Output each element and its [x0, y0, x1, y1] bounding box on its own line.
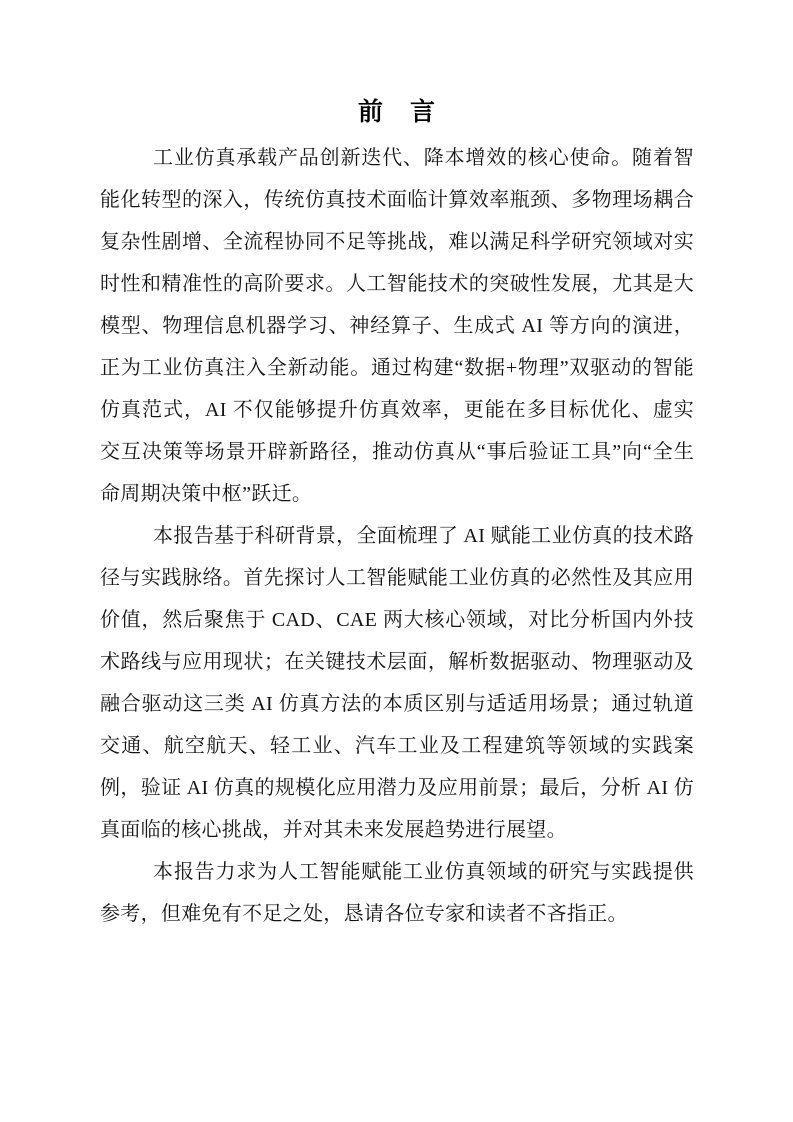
paragraph-2: 本报告基于科研背景，全面梳理了 AI 赋能工业仿真的技术路径与实践脉络。首先探讨…	[100, 515, 694, 851]
page-title: 前 言	[100, 95, 694, 129]
paragraph-1: 工业仿真承载产品创新迭代、降本增效的核心使命。随着智能化转型的深入，传统仿真技术…	[100, 137, 694, 515]
paragraph-3: 本报告力求为人工智能赋能工业仿真领域的研究与实践提供参考，但难免有不足之处，恳请…	[100, 851, 694, 935]
page-content: 前 言 工业仿真承载产品创新迭代、降本增效的核心使命。随着智能化转型的深入，传统…	[100, 95, 694, 935]
document-page: 前 言 工业仿真承载产品创新迭代、降本增效的核心使命。随着智能化转型的深入，传统…	[0, 0, 793, 1122]
